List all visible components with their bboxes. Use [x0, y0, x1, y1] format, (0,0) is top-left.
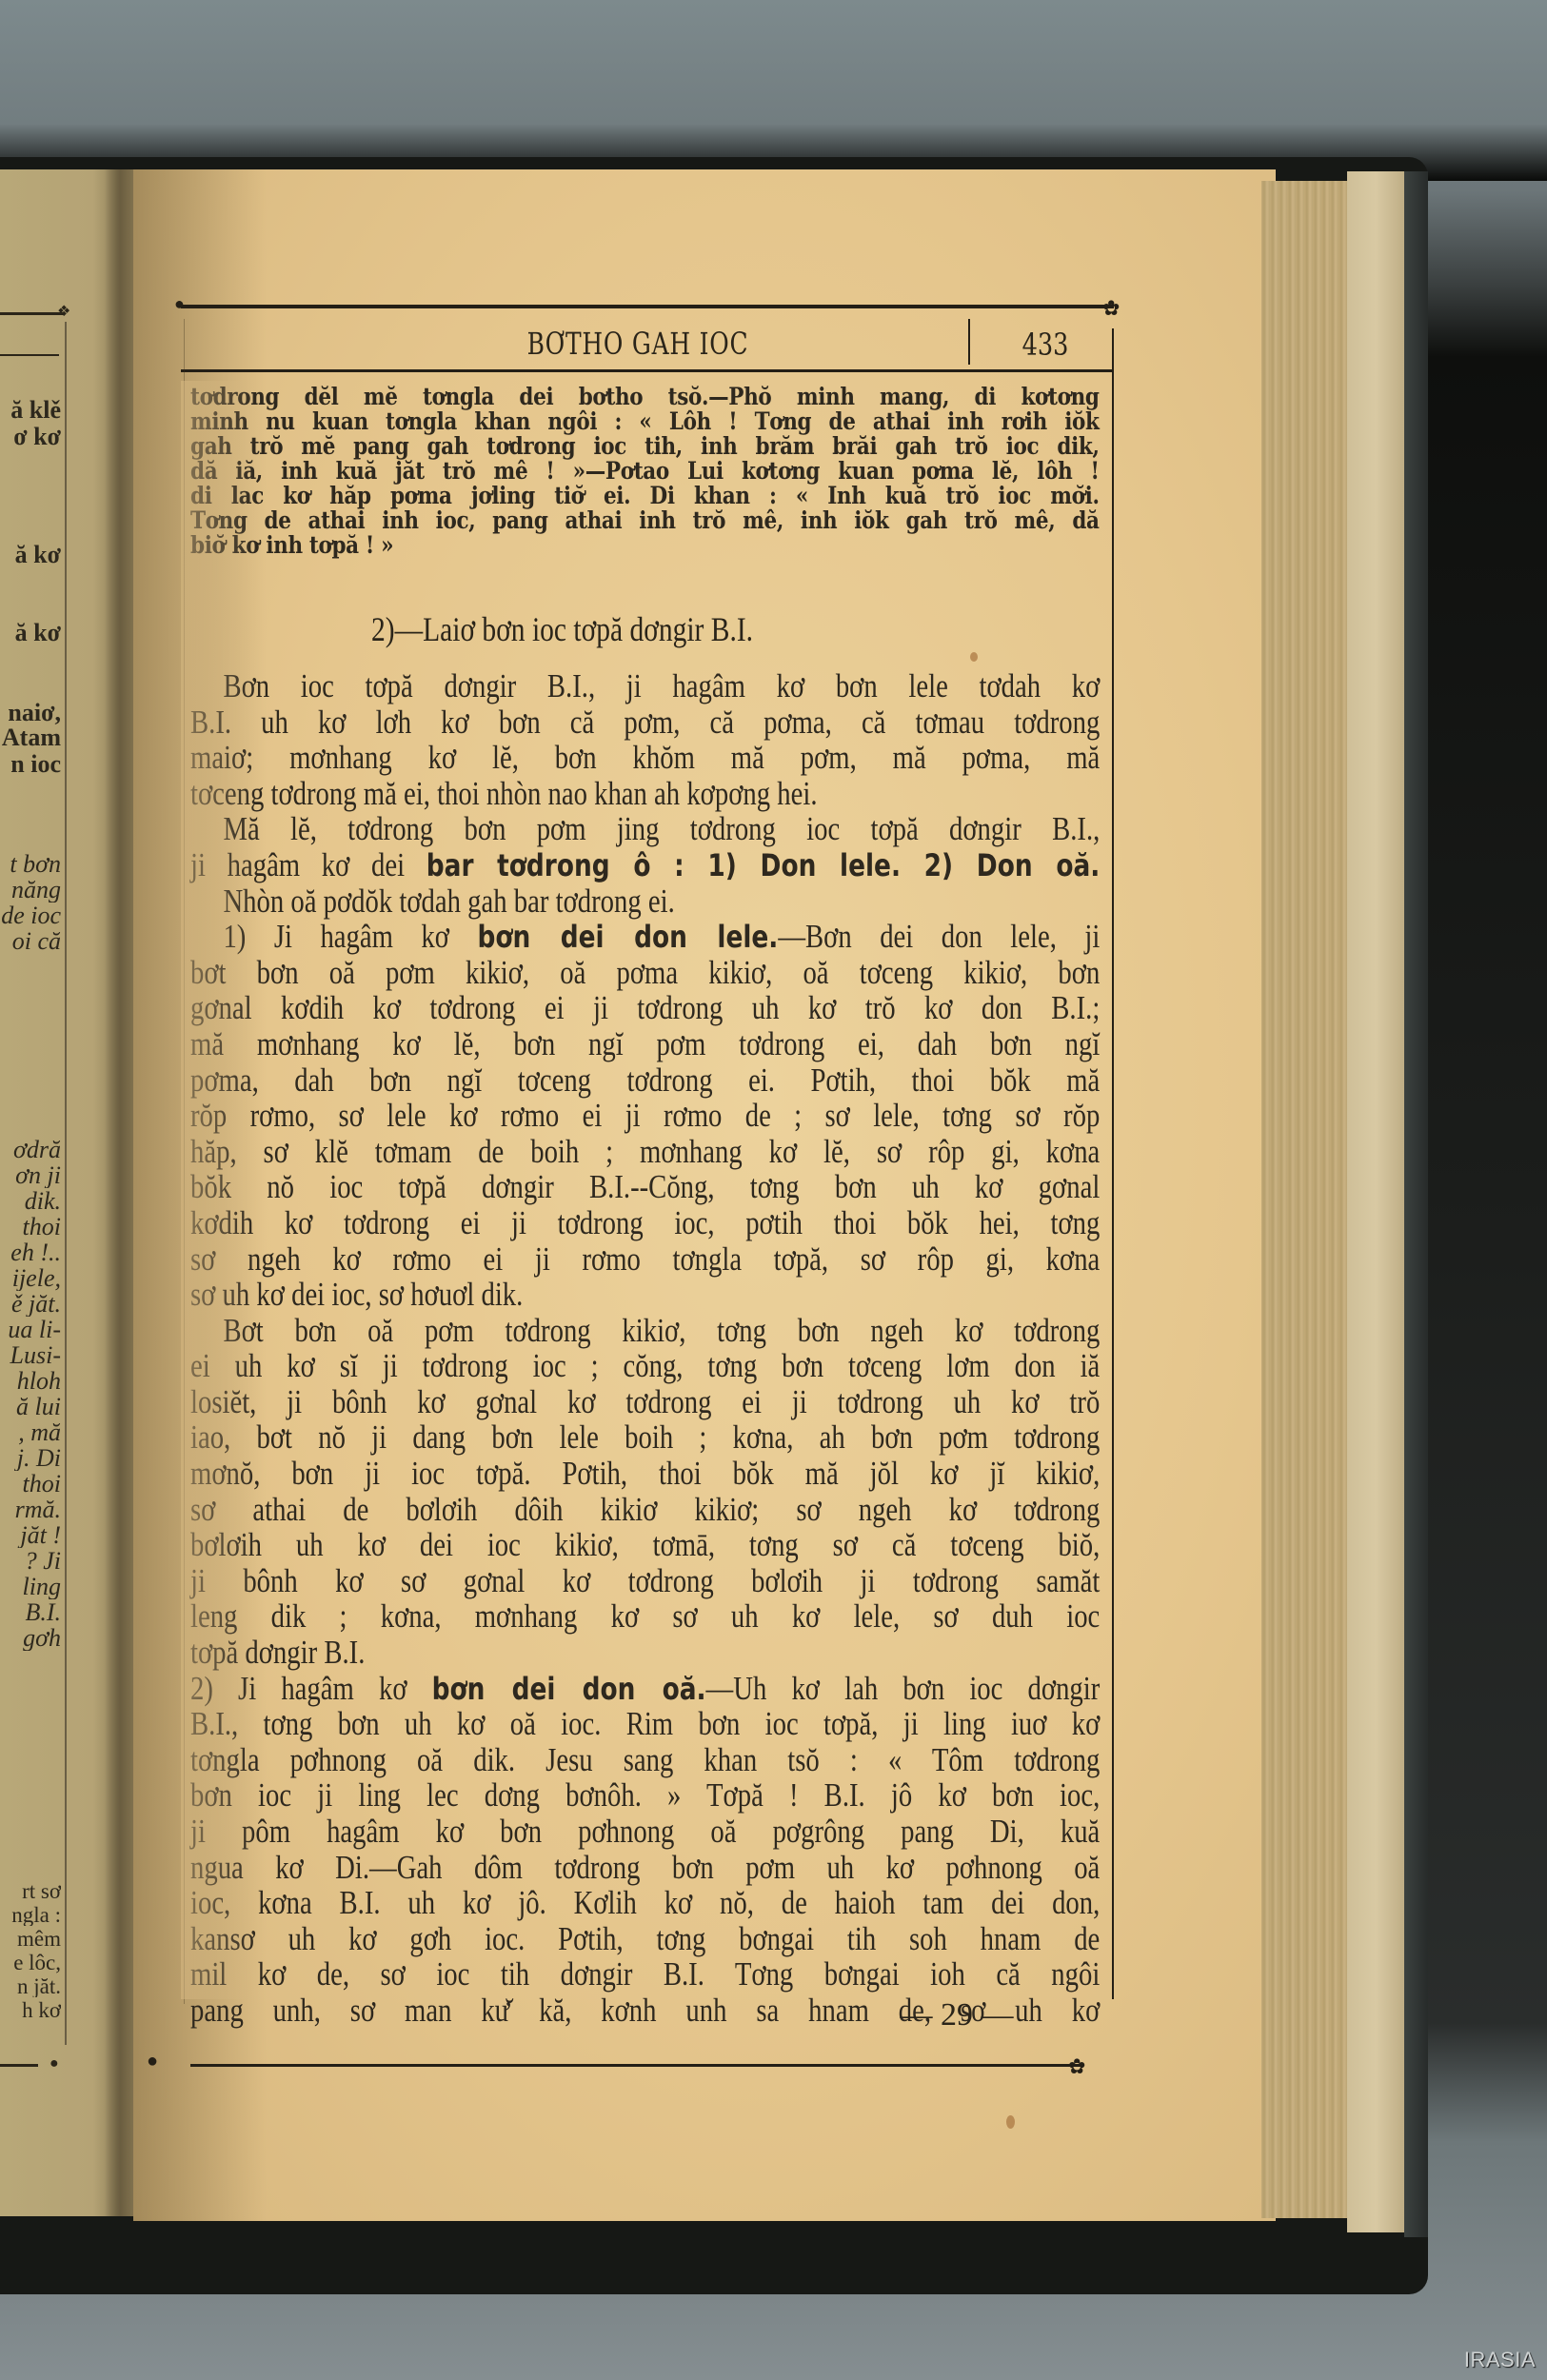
verso-text-fragment: eh !..	[0, 1240, 61, 1265]
text-line: gơnal kơdih kơ tơdrong ei ji tơdrong uh …	[190, 990, 1100, 1026]
verso-text-fragment: ? Ji	[0, 1549, 61, 1574]
text-line: Bơn ioc tơpă dơngir B.I., ji hagâm kơ bơ…	[190, 668, 1100, 704]
text-line: sơ uh kơ dei ioc, sơ hơuơl dik.	[190, 1277, 1100, 1313]
text-line: ji bônh kơ sơ gơnal kơ tơdrong bơlơih ji…	[190, 1563, 1100, 1599]
page-frame-left-rule	[184, 319, 185, 2004]
verso-text-fragment: j. Di	[0, 1446, 61, 1471]
text-line: gah trŏ mĕ pang gah tơdrong ioc tih, inh…	[190, 434, 1100, 459]
text-line: B.I., tơng bơn uh kơ oă ioc. Rim bơn ioc…	[190, 1706, 1100, 1742]
cover-board-edge	[1404, 171, 1428, 2237]
section-heading: 2)—Laiơ bơn ioc tơpă dơngir B.I.	[371, 609, 918, 649]
verso-text-fragment: , mă	[0, 1420, 61, 1445]
body-text: Bơn ioc tơpă dơngir B.I., ji hagâm kơ bơ…	[190, 668, 1100, 2029]
verso-text-fragment: hloh	[0, 1369, 61, 1394]
emphasis-run: bơn dei don oă.	[432, 1671, 706, 1707]
verso-text-fragment: t bơn	[0, 852, 61, 877]
verso-header-rule	[0, 312, 65, 315]
verso-text-fragment: ơdră	[0, 1138, 61, 1162]
text-line: leng dik ; kơna, mơnhang kơ sơ uh kơ lel…	[190, 1598, 1100, 1635]
verso-text-fragment: B.I.	[0, 1600, 61, 1625]
verso-text-fragment: n jăt.	[0, 1975, 61, 1997]
text-run: —Uh kơ lah bơn ioc dơngir	[706, 1670, 1101, 1707]
footer-rule	[190, 2064, 1081, 2067]
endpaper-edge	[1347, 171, 1404, 2232]
header-rule-top	[181, 305, 1114, 308]
text-line: di lac kơ hăp pơma jơling tiơ̆ ei. Di kh…	[190, 484, 1100, 508]
watermark: IRASIA	[1464, 2348, 1536, 2372]
text-line: pơma, dah bơn ngĭ tơceng tơdrong ei. Pơt…	[190, 1062, 1100, 1099]
text-line: tơpă dơngir B.I.	[190, 1635, 1100, 1671]
verso-text-fragment: ngla :	[0, 1904, 61, 1926]
text-line: mă mơnhang kơ lĕ, bơn ngĭ pơm tơdrong ei…	[190, 1026, 1100, 1062]
verso-text-fragment: Atam	[0, 725, 61, 750]
verso-text-fragment: ě jăt.	[0, 1292, 61, 1317]
verso-text-fragment: n ioc	[0, 752, 61, 777]
text-line: bŏk nŏ ioc tơpă dơngir B.I.--Cŏng, tơng …	[190, 1169, 1100, 1205]
verso-text-fragment: ă lui	[0, 1395, 61, 1419]
text-line: ji pôm hagâm kơ bơn pơhnong oă pơgrông p…	[190, 1814, 1100, 1850]
header-left-ornament-icon: ●	[174, 295, 185, 312]
text-line: minh nu kuan tơngla khan ngôi : « Lôh ! …	[190, 409, 1100, 434]
text-run: 2) Ji hagâm kơ	[190, 1670, 432, 1707]
text-line: hăp, sơ klĕ tơmam de boih ; mơnhang kơ l…	[190, 1134, 1100, 1170]
text-line: biơ̆ kơ inh tơpă ! »	[190, 533, 1100, 558]
text-line: sơ athai de bơlơih dôih kikiơ kikiơ; sơ …	[190, 1492, 1100, 1528]
page-block-edges	[1261, 181, 1347, 2218]
verso-text-fragment: rt sơ	[0, 1880, 61, 1902]
verso-text-fragment: mêm	[0, 1928, 61, 1950]
verso-text-fragment: ơn ji	[0, 1163, 61, 1188]
text-line: tơdrong dĕl mĕ tơngla dei bơtho tsŏ.—Phŏ…	[190, 385, 1100, 409]
text-line: bơt bơn oă pơm kikiơ, oă pơma kikiơ, oă …	[190, 955, 1100, 991]
text-line: kơdih kơ tơdrong ei ji tơdrong ioc, pơti…	[190, 1205, 1100, 1241]
page-frame-right-rule	[1112, 328, 1114, 1999]
emphasis-run: bar tơdrong ô : 1) Don lele. 2) Don oă.	[426, 847, 1101, 883]
verso-text-fragment: Lusi-	[0, 1343, 61, 1368]
verso-text-fragment: gơh	[0, 1626, 61, 1651]
verso-footer-rule	[0, 2064, 38, 2067]
verso-text-fragment: thoi	[0, 1472, 61, 1497]
text-line: B.I. uh kơ lơh kơ bơn că pơm, că pơma, c…	[190, 704, 1100, 741]
paper-stain	[970, 652, 978, 662]
emphasis-run: bơn dei don lele.	[477, 919, 778, 955]
text-line: Nhòn oă pơdŏk tơdah gah bar tơdrong ei.	[190, 883, 1100, 920]
verso-text-fragment: oi că	[0, 929, 61, 954]
footer-left-ornament-icon: ●	[147, 2052, 158, 2071]
paper-stain	[1006, 2115, 1015, 2129]
verso-text-fragment: ă kơ	[0, 543, 61, 567]
text-line: mơnŏ, bơn ji ioc tơpă. Pơtih, thoi bŏk m…	[190, 1456, 1100, 1492]
text-line: maiơ; mơnhang kơ lĕ, bơn khŏm mă pơm, mă…	[190, 740, 1100, 776]
text-line: Bơt bơn oă pơm tơdrong kikiơ, tơng bơn n…	[190, 1313, 1100, 1349]
text-line: mil kơ de, sơ ioc tih dơngir B.I. Tơng b…	[190, 1956, 1100, 1993]
verso-header-rule-lower	[0, 354, 59, 356]
text-line: tơceng tơdrong mă ei, thoi nhòn nao khan…	[190, 776, 1100, 812]
text-line: 2) Ji hagâm kơ bơn dei don oă.—Uh kơ lah…	[190, 1671, 1100, 1707]
signature-mark: — 29 —	[881, 1997, 1033, 2033]
verso-footer-ornament-icon: ●	[50, 2056, 59, 2072]
text-run: 1) Ji hagâm kơ	[223, 918, 477, 955]
verso-text-fragment: ơ kơ	[0, 425, 61, 449]
text-line: dă iă, inh kuă jăt trŏ mê ! »—Pơtao Lui …	[190, 459, 1100, 484]
verso-text-fragment: de ioc	[0, 903, 61, 928]
text-run: ji hagâm kơ dei	[190, 846, 426, 883]
page-number: 433	[1007, 327, 1083, 363]
text-line: 1) Ji hagâm kơ bơn dei don lele.—Bơn dei…	[190, 919, 1100, 955]
verso-text-fragment: ă klě	[0, 398, 61, 423]
verso-text-fragment: ling	[0, 1575, 61, 1599]
text-run: —Bơn dei don lele, ji	[778, 918, 1100, 955]
continued-paragraph: tơdrong dĕl mĕ tơngla dei bơtho tsŏ.—Phŏ…	[190, 385, 1100, 558]
verso-text-fragment: jăt !	[0, 1523, 61, 1548]
verso-text-fragment: h kơ	[0, 1999, 61, 2021]
text-line: ji hagâm kơ dei bar tơdrong ô : 1) Don l…	[190, 847, 1100, 883]
text-line: ioc, kơna B.I. uh kơ jô. Kơlih kơ nŏ, de…	[190, 1885, 1100, 1921]
text-line: sơ ngeh kơ rơmo ei ji rơmo tơngla tơpă, …	[190, 1241, 1100, 1278]
verso-text-fragment: thoi	[0, 1215, 61, 1240]
text-line: ei uh kơ sĭ ji tơdrong ioc ; cŏng, tơng …	[190, 1348, 1100, 1384]
verso-text-fragment: ua li-	[0, 1318, 61, 1342]
header-right-ornament-icon: ✿	[1102, 298, 1120, 319]
verso-text-fragment: ijele,	[0, 1266, 61, 1291]
header-rule-bottom	[181, 369, 1114, 372]
verso-text-fragment: naiơ,	[0, 701, 61, 725]
text-line: Tơng de athai inh ioc, pang athai inh tr…	[190, 508, 1100, 533]
text-line: iao, bơt nŏ ji dang bơn lele boih ; kơna…	[190, 1419, 1100, 1456]
verso-text-fragment: năng	[0, 878, 61, 902]
verso-text-fragment: rmă.	[0, 1497, 61, 1522]
text-line: bơn ioc ji ling lec dơng bơnôh. » Tơpă !…	[190, 1777, 1100, 1814]
verso-frame-rule	[65, 322, 67, 2045]
text-line: bơlơih uh kơ dei ioc kikiơ, tơmā, tơng s…	[190, 1527, 1100, 1563]
text-line: Mă lĕ, tơdrong bơn pơm jing tơdrong ioc …	[190, 811, 1100, 847]
text-line: ngua kơ Di.—Gah dôm tơdrong bơn pơm uh k…	[190, 1850, 1100, 1886]
text-line: kansơ uh kơ gơh ioc. Pơtih, tơng bơngai …	[190, 1921, 1100, 1957]
header-divider	[968, 319, 970, 365]
verso-text-fragment: e lôc,	[0, 1952, 61, 1973]
footer-right-ornament-icon: ✿	[1068, 2056, 1085, 2077]
verso-ornament-icon: ❖	[57, 305, 70, 320]
text-line: losiĕt, ji bônh kơ gơnal kơ tơdrong ei j…	[190, 1384, 1100, 1420]
running-title: BƠTHO GAH IOC	[482, 326, 794, 362]
verso-text-fragment: ă kơ	[0, 621, 61, 645]
text-line: rŏp rơmo, sơ lele kơ rơmo ei ji rơmo de …	[190, 1098, 1100, 1134]
verso-text-fragment: dik.	[0, 1189, 61, 1214]
text-line: tơngla pơhnong oă dik. Jesu sang khan ts…	[190, 1742, 1100, 1778]
